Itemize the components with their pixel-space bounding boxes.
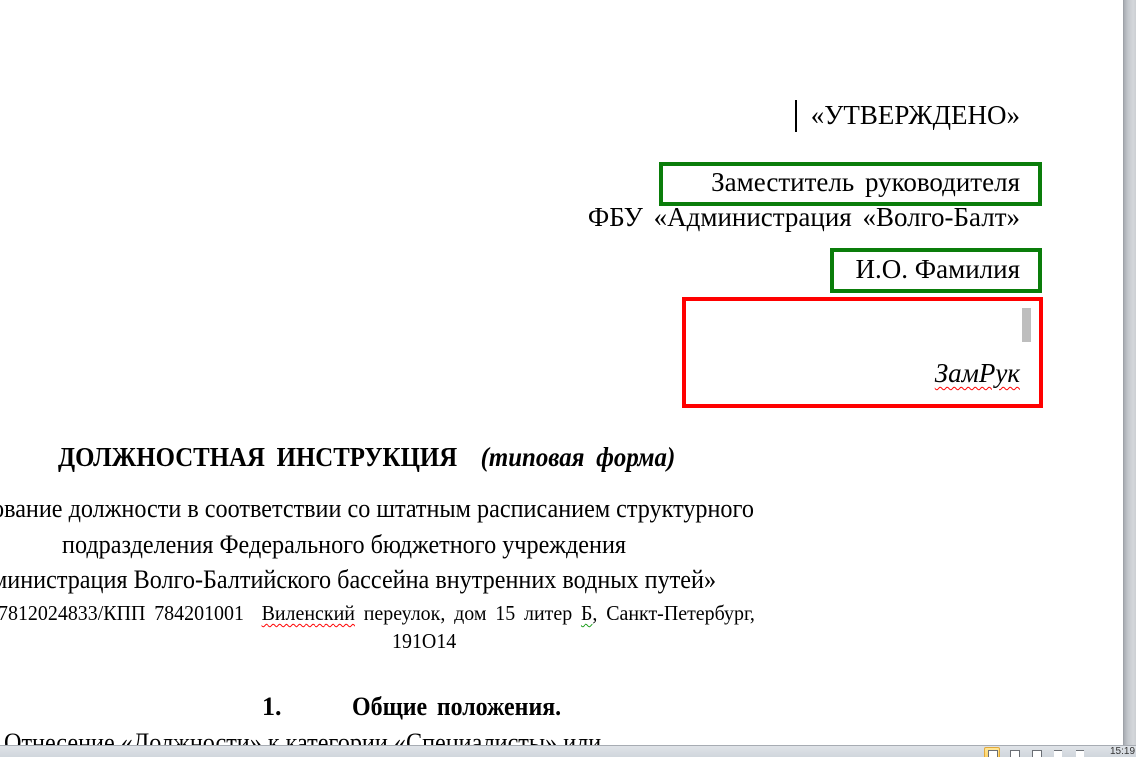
title-note: (типовая форма) [481,442,676,472]
section-number: 1. [262,692,282,722]
status-partial-text: 15:19 [1110,746,1135,757]
print-layout-icon [988,750,998,757]
postcode: 191О14 [392,629,456,654]
grammar-flag-letter[interactable]: Б [581,601,592,625]
requisites-line: 7812024833/КПП 784201001 Виленский переу… [0,601,755,626]
approval-stamp: «УТВЕРЖДЕНО» [811,100,1020,131]
web-layout-icon [1032,750,1042,757]
text-cursor [795,100,797,132]
section-title: Общие положения. [352,692,561,722]
subtitle-line-1: ование должности в соответствии со штатн… [0,494,754,524]
outline-icon [1054,750,1062,757]
draft-view-button[interactable] [1072,747,1088,757]
vertical-scrollbar[interactable] [1123,0,1136,745]
subtitle-line-3: министрация Волго-Балтийского бассейна в… [0,565,716,595]
inn-kpp: 7812024833/КПП 784201001 [0,601,244,625]
draft-icon [1076,750,1084,757]
outline-view-button[interactable] [1050,747,1066,757]
address-city: , Санкт-Петербург, [592,601,754,625]
signatory-position: Заместитель руководителя [711,167,1020,198]
status-bar: 15:19 [0,745,1136,757]
full-screen-reading-button[interactable] [1006,747,1022,757]
document-page[interactable]: «УТВЕРЖДЕНО» Заместитель руководителя ФБ… [0,0,1123,745]
web-layout-button[interactable] [1028,747,1044,757]
signature-field-box[interactable] [682,297,1043,408]
field-cursor-marker [1022,308,1031,342]
organization-name: ФБУ «Администрация «Волго-Балт» [588,202,1020,233]
signatory-name: И.О. Фамилия [856,254,1020,285]
subtitle-line-2: подразделения Федерального бюджетного уч… [62,530,626,560]
reading-icon [1010,750,1020,757]
address-middle: переулок, дом 15 литер [364,601,572,625]
body-line-partial: Отнесение «Должности» к категории «Специ… [4,728,601,745]
title-main: ДОЛЖНОСТНАЯ ИНСТРУКЦИЯ [58,442,457,472]
print-layout-view-button[interactable] [984,747,1000,757]
spelling-error-word[interactable]: Виленский [262,601,355,625]
signature-placeholder[interactable]: ЗамРук [935,358,1020,389]
document-title: ДОЛЖНОСТНАЯ ИНСТРУКЦИЯ (типовая форма) [58,442,675,473]
